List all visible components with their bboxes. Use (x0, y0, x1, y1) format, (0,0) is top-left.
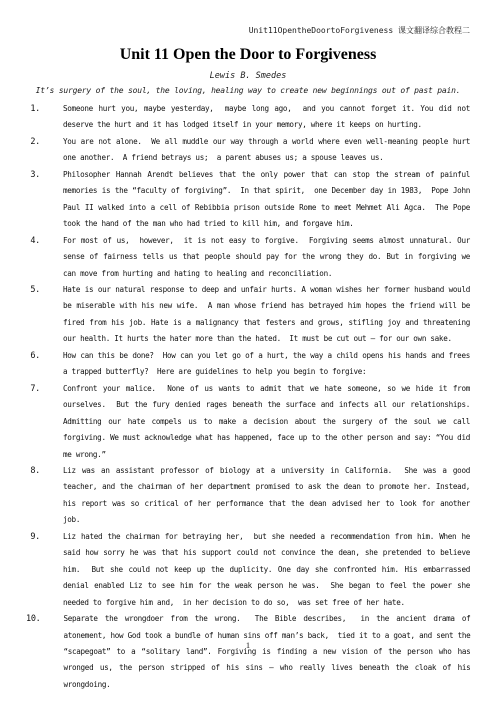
paragraph-number: 2. (26, 134, 40, 150)
paragraph-number: 7. (26, 381, 40, 397)
paragraph-text: Confront your malice. None of us wants t… (63, 381, 470, 463)
paragraph-number: 3. (26, 167, 40, 183)
paragraph-number: 8. (26, 463, 40, 479)
paragraph-text: Philosopher Hannah Arendt believes that … (63, 167, 470, 233)
paragraph-number: 4. (26, 233, 40, 249)
paragraph-text: Liz was an assistant professor of biolog… (63, 463, 470, 529)
paragraph-text: Hate is our natural response to deep and… (63, 282, 470, 348)
paragraph-4: 4. For most of us, however, it is not ea… (26, 233, 496, 282)
paragraph-text: Separate the wrongdoer from the wrong. T… (63, 611, 470, 693)
paragraph-6: 6. How can this be done? How can you let… (26, 348, 496, 381)
paragraph-3: 3. Philosopher Hannah Arendt believes th… (26, 167, 496, 233)
paragraph-text: For most of us, however, it is not easy … (63, 233, 470, 282)
paragraph-8: 8. Liz was an assistant professor of bio… (26, 463, 496, 529)
author-byline: Lewis B. Smedes (0, 71, 496, 81)
document-page: Unit11OpentheDoortoForgiveness 课文翻译综合教程二… (0, 0, 496, 702)
paragraph-number: 9. (26, 529, 40, 545)
paragraph-number: 6. (26, 348, 40, 364)
paragraph-7: 7. Confront your malice. None of us want… (26, 381, 496, 463)
paragraph-list: 1. Someone hurt you, maybe yesterday, ma… (26, 101, 496, 693)
paragraph-10: 10. Separate the wrongdoer from the wron… (26, 611, 496, 693)
epigraph-line: It’s surgery of the soul, the loving, he… (0, 86, 496, 96)
paragraph-text: Someone hurt you, maybe yesterday, maybe… (63, 101, 470, 134)
paragraph-text: You are not alone. We all muddle our way… (63, 134, 470, 167)
paragraph-2: 2. You are not alone. We all muddle our … (26, 134, 496, 167)
paragraph-text: How can this be done? How can you let go… (63, 348, 470, 381)
paragraph-text: Liz hated the chairman for betraying her… (63, 529, 470, 611)
page-header-text: Unit11OpentheDoortoForgiveness 课文翻译综合教程二 (249, 25, 470, 36)
paragraph-5: 5. Hate is our natural response to deep … (26, 282, 496, 348)
paragraph-number: 1. (26, 101, 40, 117)
paragraph-9: 9. Liz hated the chairman for betraying … (26, 529, 496, 611)
paragraph-1: 1. Someone hurt you, maybe yesterday, ma… (26, 101, 496, 134)
paragraph-number: 10. (26, 611, 40, 627)
page-number: 1 (0, 640, 496, 650)
paragraph-number: 5. (26, 282, 40, 298)
